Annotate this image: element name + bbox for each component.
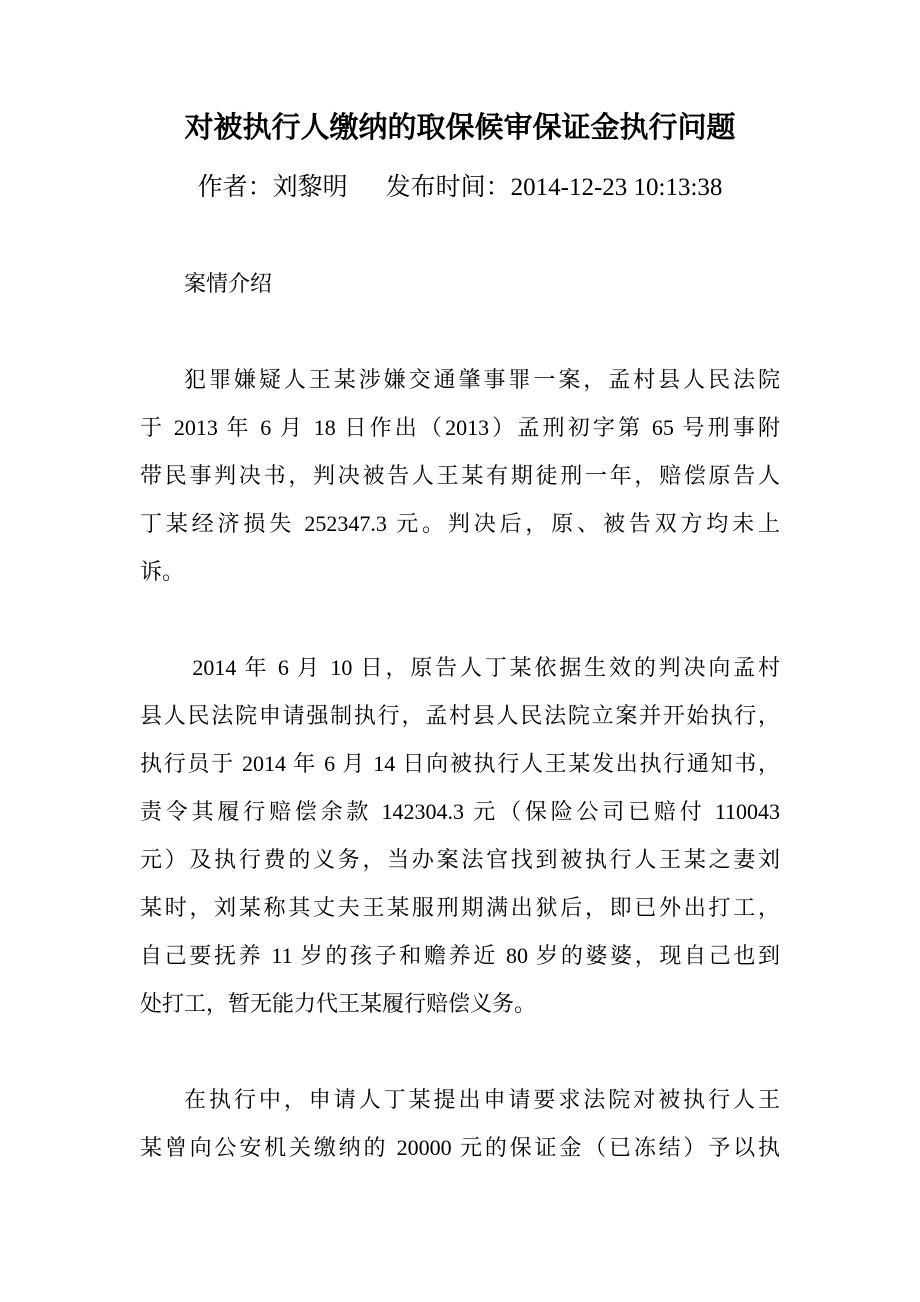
paragraph-line: 元）及执行费的义务，当办案法官找到被执行人王某之妻刘 (140, 836, 780, 884)
author-name: 刘黎明 (273, 174, 348, 201)
byline: 作者：刘黎明发布时间：2014-12-23 10:13:38 (140, 164, 780, 212)
paragraph-line: 2014 年 6 月 10 日，原告人丁某依据生效的判决向孟村 (140, 644, 780, 692)
publish-label: 发布时间： (386, 174, 511, 201)
publish-datetime: 2014-12-23 10:13:38 (511, 174, 723, 201)
paragraph-line: 带民事判决书，判决被告人王某有期徒刑一年，赔偿原告人 (140, 452, 780, 500)
document-body: 犯罪嫌疑人王某涉嫌交通肇事罪一案，孟村县人民法院于 2013 年 6 月 18 … (140, 356, 780, 1172)
paragraph-line: 于 2013 年 6 月 18 日作出（2013）孟刑初字第 65 号刑事附 (140, 404, 780, 452)
paragraph-line: 责令其履行赔偿余款 142304.3 元（保险公司已赔付 110043 (140, 788, 780, 836)
paragraph: 2014 年 6 月 10 日，原告人丁某依据生效的判决向孟村县人民法院申请强制… (140, 644, 780, 1028)
paragraph: 在执行中，申请人丁某提出申请要求法院对被执行人王某曾向公安机关缴纳的 20000… (140, 1076, 780, 1172)
document-title: 对被执行人缴纳的取保候审保证金执行问题 (140, 104, 780, 152)
paragraph-line: 自己要抚养 11 岁的孩子和赡养近 80 岁的婆婆，现自己也到 (140, 932, 780, 980)
paragraph-line: 县人民法院申请强制执行，孟村县人民法院立案并开始执行， (140, 692, 780, 740)
paragraph-line: 某曾向公安机关缴纳的 20000 元的保证金（已冻结）予以执 (140, 1124, 780, 1172)
paragraph-line: 执行员于 2014 年 6 月 14 日向被执行人王某发出执行通知书， (140, 740, 780, 788)
author-label: 作者： (198, 174, 273, 201)
paragraph-line: 诉。 (140, 548, 780, 596)
paragraph-line: 丁某经济损失 252347.3 元。判决后，原、被告双方均未上 (140, 500, 780, 548)
paragraph-line: 某时，刘某称其丈夫王某服刑期满出狱后，即已外出打工， (140, 884, 780, 932)
document-page: 对被执行人缴纳的取保候审保证金执行问题 作者：刘黎明发布时间：2014-12-2… (0, 0, 920, 1302)
paragraph-line: 犯罪嫌疑人王某涉嫌交通肇事罪一案，孟村县人民法院 (140, 356, 780, 404)
publish-group: 发布时间：2014-12-23 10:13:38 (386, 174, 723, 201)
paragraph-line: 处打工，暂无能力代王某履行赔偿义务。 (140, 980, 780, 1028)
paragraph-line: 在执行中，申请人丁某提出申请要求法院对被执行人王 (140, 1076, 780, 1124)
paragraph: 犯罪嫌疑人王某涉嫌交通肇事罪一案，孟村县人民法院于 2013 年 6 月 18 … (140, 356, 780, 596)
section-heading: 案情介绍 (140, 260, 780, 308)
